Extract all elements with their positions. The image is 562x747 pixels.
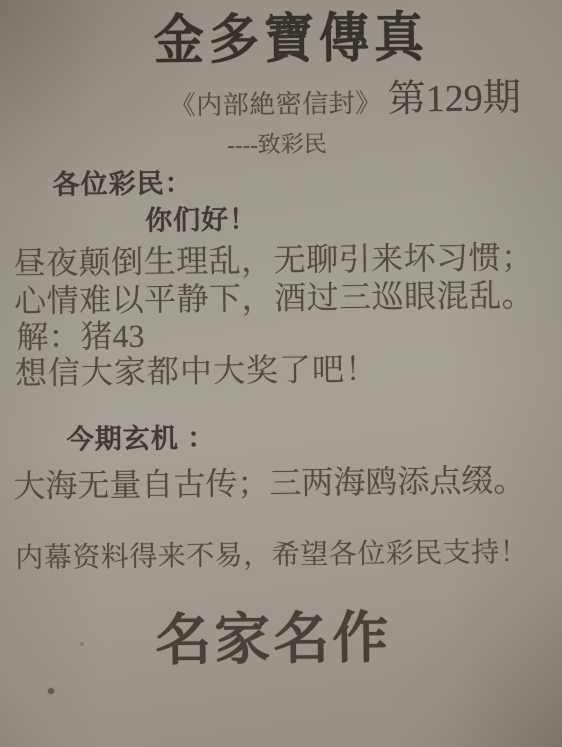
poem-line-1: 昼夜颠倒生理乱，无聊引来坏习惯； [13, 241, 533, 279]
section-heading-mystery: 今期玄机 ： [67, 425, 216, 454]
subtitle-row: 《内部絶密信封》 第129期 [169, 79, 521, 125]
greeting-salutation: 各位彩民： [53, 170, 193, 199]
fax-document-page: 金多寶傳真 《内部絶密信封》 第129期 ----致彩民 各位彩民： 你们好！ … [0, 0, 562, 747]
issue-number: 第129期 [387, 79, 520, 119]
document-content: 金多寶傳真 《内部絶密信封》 第129期 ----致彩民 各位彩民： 你们好！ … [0, 0, 562, 747]
footer-title: 名家名作 [155, 611, 392, 670]
congrats-line: 想信大家都中大奖了吧！ [15, 353, 378, 389]
appeal-line: 内幕资料得来不易，希望各位彩民支持！ [15, 539, 528, 573]
answer-line: 解：猪43 [16, 320, 144, 354]
greeting-hello: 你们好！ [145, 206, 257, 234]
dedication-line: ----致彩民 [227, 132, 327, 156]
masthead-title: 金多寶傳真 [154, 10, 430, 67]
poem-line-2: 心情难以平静下，酒过三巡眼混乱。 [14, 279, 534, 317]
subtitle-envelope-label: 《内部絶密信封》 [170, 86, 382, 125]
riddle-line: 大海无量自古传；三两海鸥添点缀。 [13, 464, 525, 502]
